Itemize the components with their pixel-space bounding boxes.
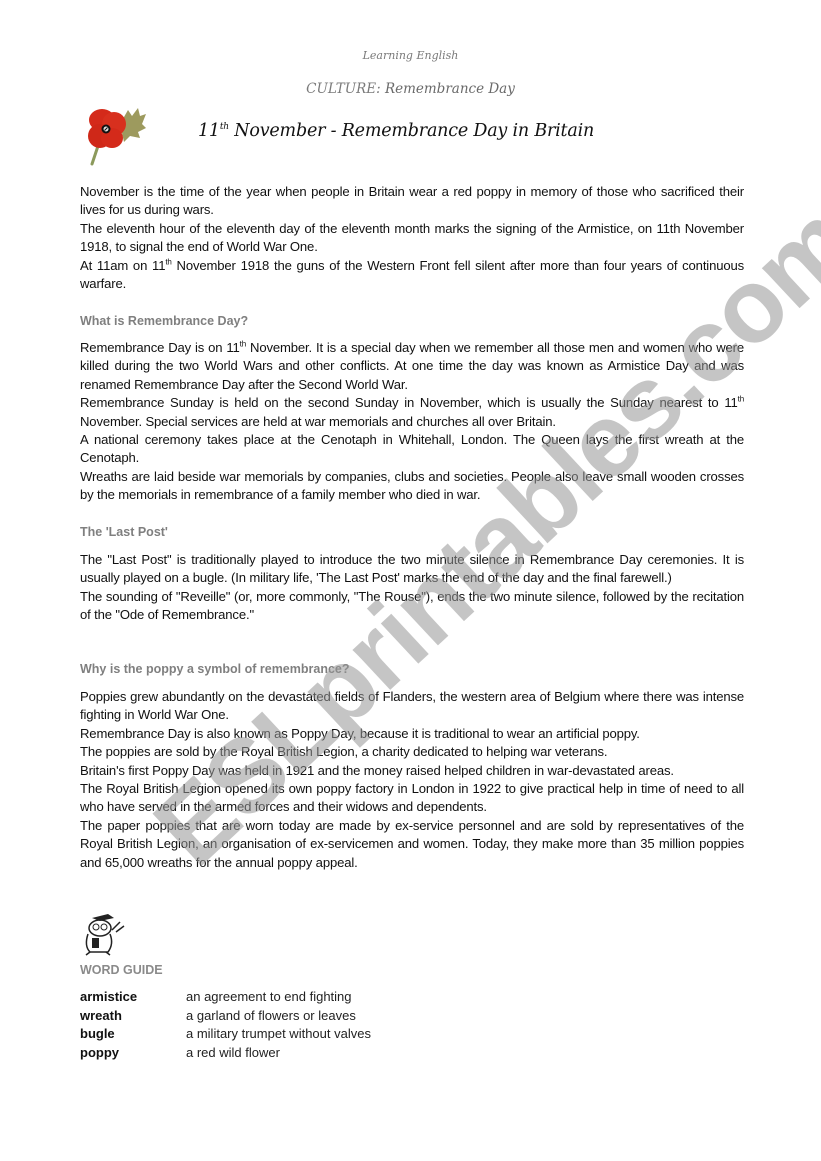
section-paragraph: Wreaths are laid beside war memorials by… — [80, 468, 744, 505]
culture-topic: Remembrance Day — [385, 81, 515, 97]
word-definition: an agreement to end fighting — [186, 988, 352, 1007]
section-paragraph: The poppies are sold by the Royal Britis… — [80, 743, 744, 761]
section-what: Remembrance Day is on 11th November. It … — [80, 339, 744, 505]
section-paragraph: The "Last Post" is traditionally played … — [80, 551, 744, 588]
word-guide-entry: armistice an agreement to end fighting — [80, 988, 371, 1007]
culture-label: CULTURE: Remembrance Day — [0, 81, 821, 97]
word-term: poppy — [80, 1044, 186, 1063]
word-guide-list: armistice an agreement to end fighting w… — [80, 988, 371, 1062]
page-title: 11th November - Remembrance Day in Brita… — [198, 121, 594, 141]
word-guide-title: WORD GUIDE — [80, 963, 163, 977]
section-heading-last-post: The 'Last Post' — [80, 525, 168, 539]
word-definition: a military trumpet without valves — [186, 1025, 371, 1044]
intro-paragraph: At 11am on 11th November 1918 the guns o… — [80, 257, 744, 294]
owl-teacher-icon — [80, 912, 128, 956]
site-label: Learning English — [0, 49, 821, 62]
section-last-post: The "Last Post" is traditionally played … — [80, 551, 744, 625]
word-term: armistice — [80, 988, 186, 1007]
section-paragraph: Remembrance Day is also known as Poppy D… — [80, 725, 744, 743]
section-paragraph: The paper poppies that are worn today ar… — [80, 817, 744, 872]
word-definition: a garland of flowers or leaves — [186, 1007, 356, 1026]
word-definition: a red wild flower — [186, 1044, 280, 1063]
section-paragraph: Remembrance Day is on 11th November. It … — [80, 339, 744, 394]
section-paragraph: Remembrance Sunday is held on the second… — [80, 394, 744, 431]
word-term: wreath — [80, 1007, 186, 1026]
poppy-icon — [84, 102, 146, 166]
intro-paragraph: The eleventh hour of the eleventh day of… — [80, 220, 744, 257]
intro-paragraph: November is the time of the year when pe… — [80, 183, 744, 220]
word-guide-entry: wreath a garland of flowers or leaves — [80, 1007, 371, 1026]
culture-prefix: CULTURE: — [306, 81, 385, 97]
section-paragraph: Poppies grew abundantly on the devastate… — [80, 688, 744, 725]
worksheet-page: Learning English CULTURE: Remembrance Da… — [0, 0, 821, 1161]
intro-section: November is the time of the year when pe… — [80, 183, 744, 293]
section-paragraph: A national ceremony takes place at the C… — [80, 431, 744, 468]
section-paragraph: The sounding of "Reveille" (or, more com… — [80, 588, 744, 625]
word-term: bugle — [80, 1025, 186, 1044]
section-heading-what: What is Remembrance Day? — [80, 314, 248, 328]
section-why: Poppies grew abundantly on the devastate… — [80, 688, 744, 872]
word-guide-entry: poppy a red wild flower — [80, 1044, 371, 1063]
section-paragraph: Britain's first Poppy Day was held in 19… — [80, 762, 744, 780]
section-heading-why: Why is the poppy a symbol of remembrance… — [80, 662, 350, 676]
section-paragraph: The Royal British Legion opened its own … — [80, 780, 744, 817]
word-guide-entry: bugle a military trumpet without valves — [80, 1025, 371, 1044]
